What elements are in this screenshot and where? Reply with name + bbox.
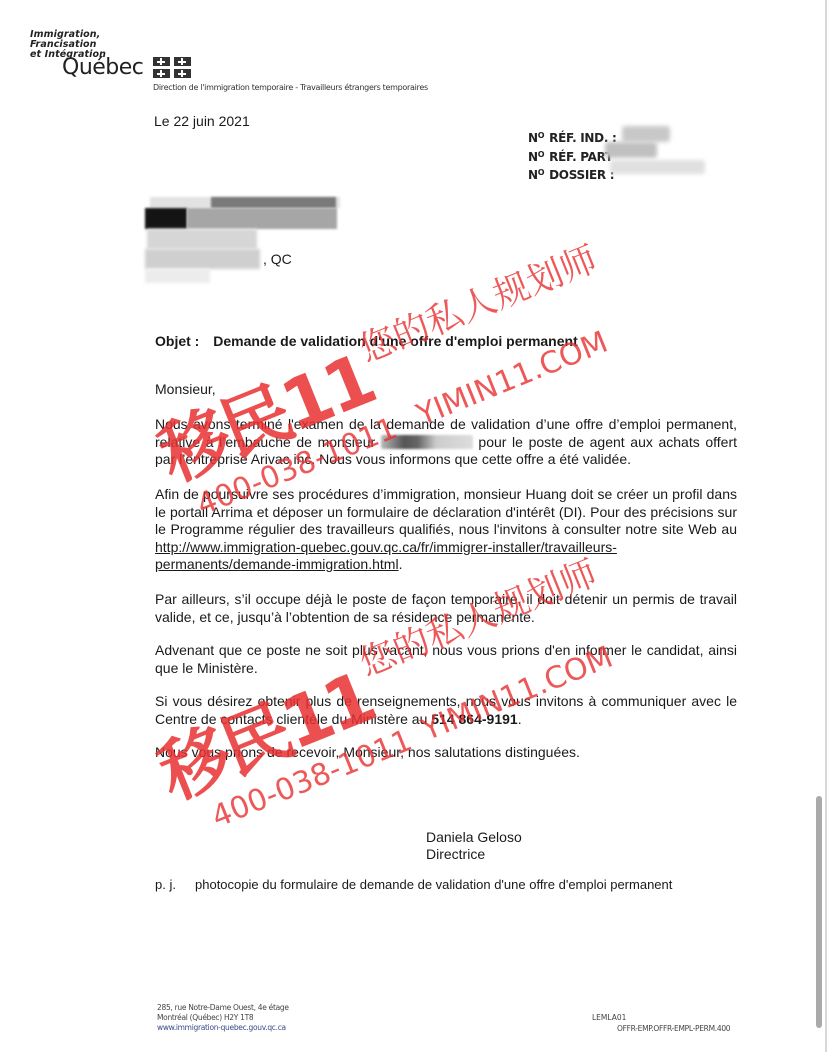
immigration-quebec-link[interactable]: http://www.immigration-quebec.gouv.qc.ca… [155,539,617,573]
redacted-dossier [610,160,705,174]
attachment-text: photocopie du formulaire de demande de v… [195,877,672,892]
ref-individual: NO RÉF. IND. : [528,128,616,147]
footer-address: 285, rue Notre-Dame Ouest, 4e étage Mont… [157,1003,289,1033]
paragraph-validation: Nous avons terminé l'examen de la demand… [155,416,737,469]
paragraph-vacancy: Advenant que ce poste ne soit plus vacan… [155,642,737,677]
form-reference: OFFR-EMP.OFFR-EMPL-PERM.400 [617,1024,730,1033]
redacted-candidate-name [381,435,473,449]
form-code: LEMLA01 [592,1013,626,1022]
ref-dossier: NO DOSSIER : [528,165,616,184]
footer-street: 285, rue Notre-Dame Ouest, 4e étage [157,1003,289,1013]
watermark-slogan: 您的私人规划师 [351,231,604,373]
letter-date: Le 22 juin 2021 [154,113,250,129]
footer-city: Montréal (Québec) H2Y 1T8 [157,1013,289,1023]
paragraph-arrima: Afin de poursuivre ses procédures d’immi… [155,486,737,574]
recipient-address-redacted [145,197,340,287]
flag-quadrant [153,69,170,78]
vertical-scrollbar-thumb[interactable] [816,796,822,1028]
footer-website[interactable]: www.immigration-quebec.gouv.qc.ca [157,1023,289,1033]
recipient-province: , QC [263,251,292,267]
subject-text: Demande de validation d'une offre d'empl… [213,333,578,349]
flag-quadrant [174,57,191,66]
flag-quadrant [174,69,191,78]
subject-label: Objet : [155,333,199,349]
closing-paragraph: Nous vous prions de recevoir, Monsieur, … [155,744,737,762]
signature-block: Daniela Geloso Directrice [426,829,522,863]
viewport-edge [825,0,827,1052]
quebec-fleurdelise-flag-icon [153,57,191,79]
paragraph-work-permit: Par ailleurs, s’il occupe déjà le poste … [155,591,737,626]
contact-phone: 514 864-9191 [431,711,517,727]
ref-partner: NO RÉF. PART [528,147,616,166]
flag-quadrant [153,57,170,66]
subject-line: Objet : Demande de validation d'une offr… [155,333,578,349]
paragraph-contact: Si vous désirez obtenir plus de renseign… [155,693,737,728]
signatory-title: Directrice [426,846,522,863]
redacted-ref-ind [622,126,670,142]
attachment-note: p. j.photocopie du formulaire de demande… [155,877,672,892]
redacted-ref-part [605,142,657,158]
attachment-label: p. j. [155,877,195,892]
watermark-phone: 400-038-1011 [207,723,417,835]
direction-subtitle: Direction de l'immigration temporaire - … [153,83,428,92]
reference-numbers: NO RÉF. IND. : NO RÉF. PART NO DOSSIER : [528,128,616,184]
watermark-brand: 移民11 [142,324,385,501]
salutation: Monsieur, [155,381,737,399]
quebec-wordmark: Québec [62,56,143,80]
signatory-name: Daniela Geloso [426,829,522,846]
